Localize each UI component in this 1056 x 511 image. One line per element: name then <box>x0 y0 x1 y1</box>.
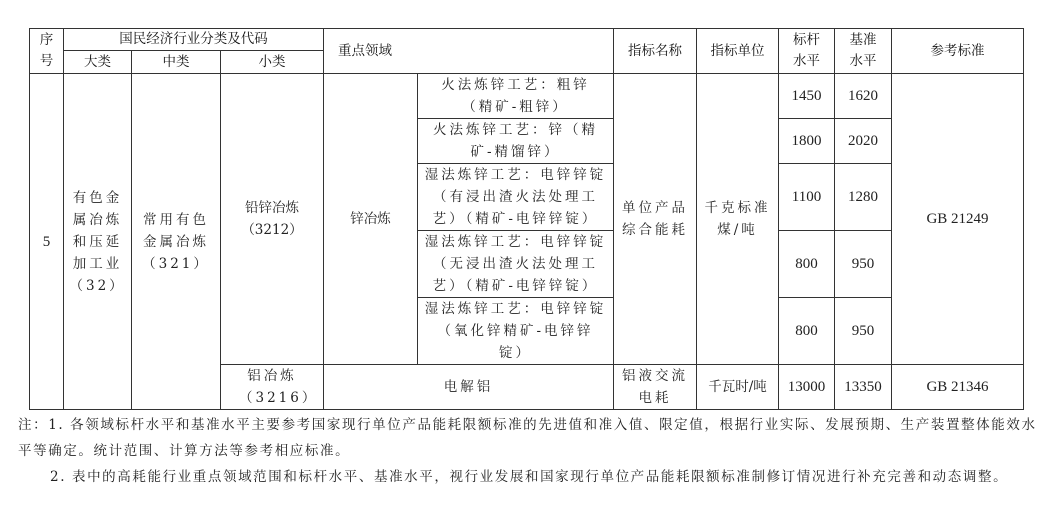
major-category-cell: 有色金属冶炼和压延加工业（32） <box>64 74 132 410</box>
process-cell: 火法炼锌工艺：锌（精矿-精馏锌） <box>418 119 614 164</box>
indicator-name-cell: 单位产品综合能耗 <box>614 74 697 365</box>
field-cell: 电解铝 <box>324 365 614 410</box>
header-classification-group: 国民经济行业分类及代码 <box>64 29 324 51</box>
baseline-cell: 1620 <box>835 74 892 119</box>
baseline-cell: 2020 <box>835 119 892 164</box>
baseline-cell: 950 <box>835 298 892 365</box>
energy-benchmark-table: 序号 国民经济行业分类及代码 重点领域 指标名称 指标单位 标杆水平 基准水平 … <box>29 28 1024 410</box>
header-indicator-unit: 指标单位 <box>697 29 779 74</box>
benchmark-cell: 800 <box>779 298 835 365</box>
footnotes: 注：1. 各领域标杆水平和基准水平主要参考国家现行单位产品能耗限额标准的先进值和… <box>18 412 1048 490</box>
minor-category-cell: 铅锌冶炼（3212） <box>221 74 324 365</box>
header-key-field: 重点领域 <box>324 29 614 74</box>
field-cell: 锌冶炼 <box>324 74 418 365</box>
header-seq: 序号 <box>30 29 64 74</box>
indicator-unit-cell: 千克标准煤/吨 <box>697 74 779 365</box>
baseline-cell: 13350 <box>835 365 892 410</box>
benchmark-cell: 1100 <box>779 164 835 231</box>
benchmark-cell: 1800 <box>779 119 835 164</box>
seq-cell: 5 <box>30 74 64 410</box>
reference-standard-cell: GB 21249 <box>892 74 1024 365</box>
header-reference-standard: 参考标准 <box>892 29 1024 74</box>
header-baseline: 基准水平 <box>835 29 892 74</box>
benchmark-cell: 800 <box>779 231 835 298</box>
footnote-2: 2. 表中的高耗能行业重点领域范围和标杆水平、基准水平，视行业发展和国家现行单位… <box>18 464 1048 490</box>
reference-standard-cell: GB 21346 <box>892 365 1024 410</box>
header-major: 大类 <box>64 51 132 74</box>
header-minor: 小类 <box>221 51 324 74</box>
process-cell: 湿法炼锌工艺：电锌锌锭（氧化锌精矿-电锌锌锭） <box>418 298 614 365</box>
baseline-cell: 950 <box>835 231 892 298</box>
process-cell: 火法炼锌工艺：粗锌（精矿-粗锌） <box>418 74 614 119</box>
benchmark-cell: 13000 <box>779 365 835 410</box>
header-medium: 中类 <box>132 51 221 74</box>
minor-category-cell: 铝冶炼（3216） <box>221 365 324 410</box>
process-cell: 湿法炼锌工艺：电锌锌锭（有浸出渣火法处理工艺）（精矿-电锌锌锭） <box>418 164 614 231</box>
indicator-unit-cell: 千瓦时/吨 <box>697 365 779 410</box>
header-indicator-name: 指标名称 <box>614 29 697 74</box>
header-benchmark: 标杆水平 <box>779 29 835 74</box>
footnote-1: 注：1. 各领域标杆水平和基准水平主要参考国家现行单位产品能耗限额标准的先进值和… <box>18 412 1048 464</box>
benchmark-cell: 1450 <box>779 74 835 119</box>
baseline-cell: 1280 <box>835 164 892 231</box>
medium-category-cell: 常用有色金属冶炼（321） <box>132 74 221 410</box>
process-cell: 湿法炼锌工艺：电锌锌锭（无浸出渣火法处理工艺）（精矿-电锌锌锭） <box>418 231 614 298</box>
indicator-name-cell: 铝液交流电耗 <box>614 365 697 410</box>
table-row: 5 有色金属冶炼和压延加工业（32） 常用有色金属冶炼（321） 铅锌冶炼（32… <box>30 74 1024 119</box>
